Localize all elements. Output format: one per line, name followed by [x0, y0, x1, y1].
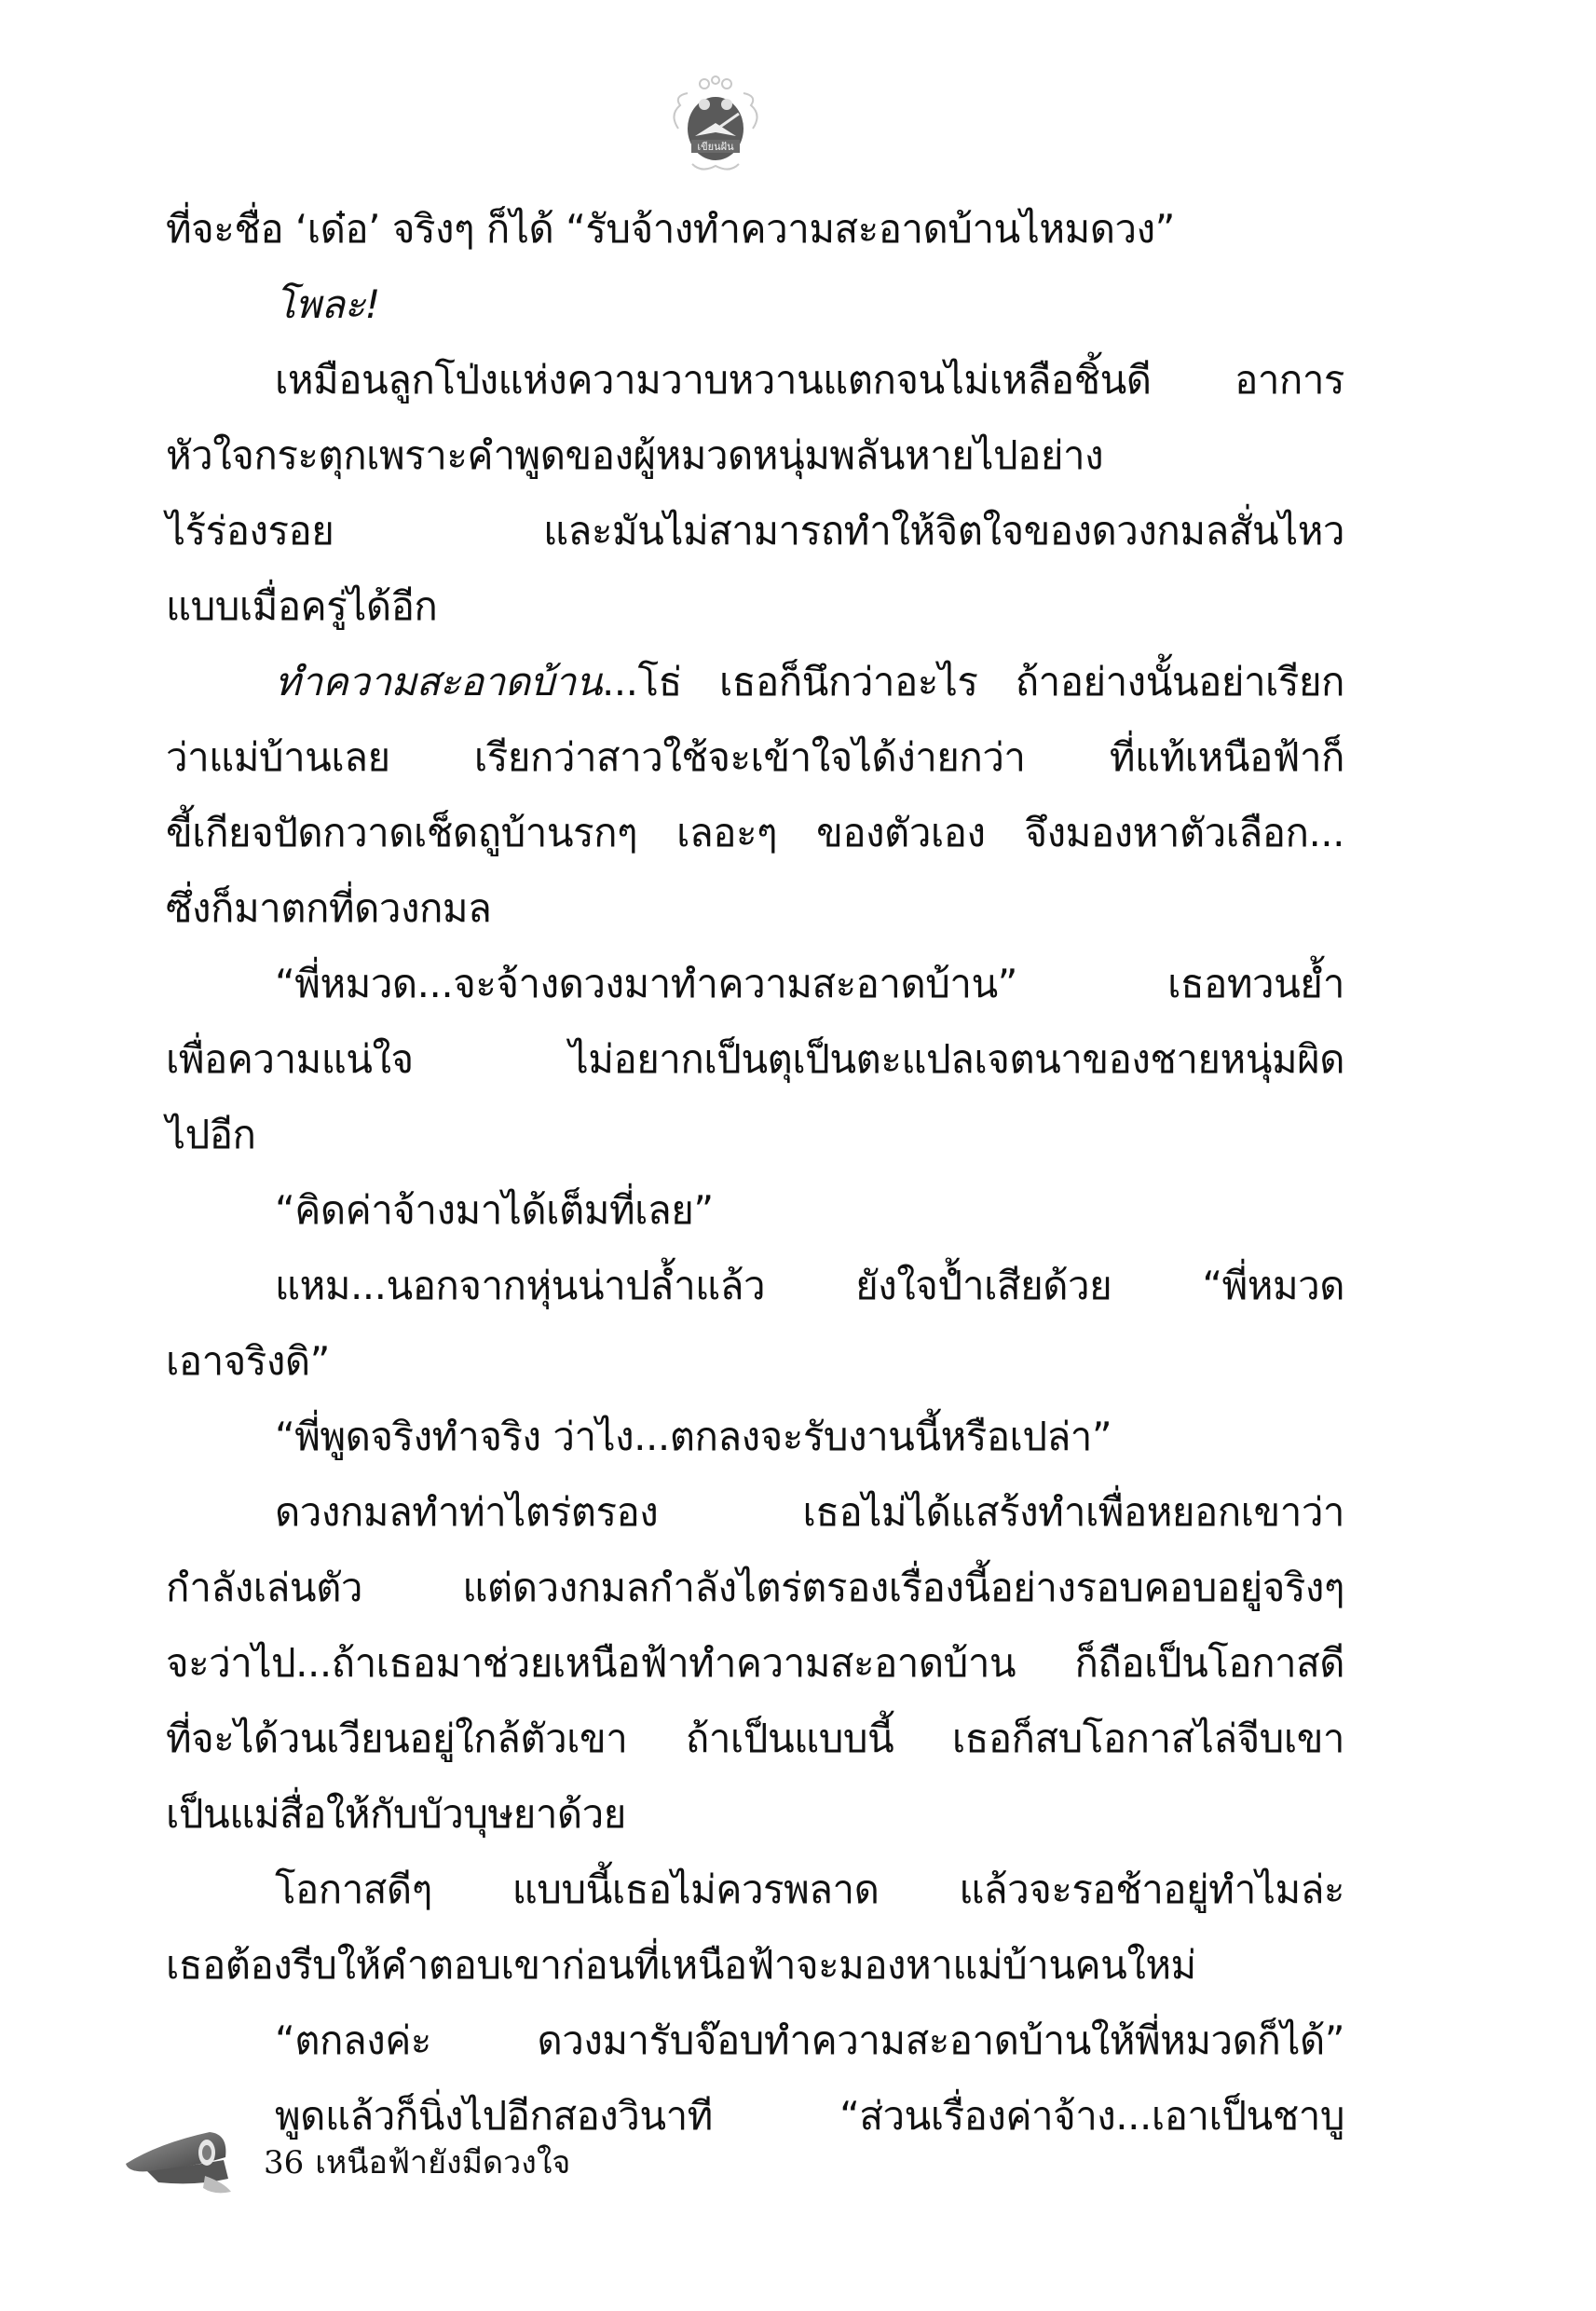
- text-line: หัวใจกระตุกเพราะคำพูดของผู้หมวดหนุ่มพลัน…: [166, 417, 1344, 493]
- text-line: “ตกลงค่ะ ดวงมารับจ๊อบทำความสะอาดบ้านให้พ…: [166, 2003, 1344, 2078]
- emphasized-phrase: ทำความสะอาดบ้าน: [275, 659, 602, 704]
- book-title: เหนือฟ้ายังมีดวงใจ: [315, 2144, 570, 2181]
- text-line: โอกาสดีๆ แบบนี้เธอไม่ควรพลาด แล้วจะรอช้า…: [166, 1852, 1344, 1927]
- text-line: “คิดค่าจ้างมาได้เต็มที่เลย”: [166, 1172, 1344, 1248]
- text-line: เธอต้องรีบให้คำตอบเขาก่อนที่เหนือฟ้าจะมอ…: [166, 1927, 1344, 2003]
- text-line: ว่าแม่บ้านเลย เรียกว่าสาวใช้จะเข้าใจได้ง…: [166, 719, 1344, 795]
- text-line: ไปอีก: [166, 1097, 1344, 1172]
- page-body-text: ที่จะชื่อ ‘เด๋อ’ จริงๆ ก็ได้ “รับจ้างทำค…: [166, 191, 1344, 2154]
- text-line: แบบเมื่อครู่ได้อีก: [166, 568, 1344, 644]
- text-line: โพละ!: [166, 267, 1344, 342]
- text-line: “พี่พูดจริงทำจริง ว่าไง...ตกลงจะรับงานนี…: [166, 1399, 1344, 1474]
- text-line: เพื่อความแน่ใจ ไม่อยากเป็นตุเป็นตะแปลเจต…: [166, 1021, 1344, 1097]
- footer-label: 36เหนือฟ้ายังมีดวงใจ: [264, 2137, 570, 2187]
- text-line: ที่จะได้วนเวียนอยู่ใกล้ตัวเขา ถ้าเป็นแบบ…: [166, 1701, 1344, 1776]
- ornamental-book-logo-icon: เขียนฝัน: [669, 73, 762, 175]
- text-line: กำลังเล่นตัว แต่ดวงกมลกำลังไตร่ตรองเรื่อ…: [166, 1550, 1344, 1625]
- text-line: ดวงกมลทำท่าไตร่ตรอง เธอไม่ได้แสร้งทำเพื่…: [166, 1474, 1344, 1550]
- text-line: แหม...นอกจากหุ่นน่าปล้ำแล้ว ยังใจป้ำเสีย…: [166, 1248, 1344, 1323]
- text-line: ทำความสะอาดบ้าน...โธ่ เธอก็นึกว่าอะไร ถ้…: [166, 644, 1344, 719]
- page-footer: 36เหนือฟ้ายังมีดวงใจ: [121, 2125, 570, 2199]
- text-line: “พี่หมวด...จะจ้างดวงมาทำความสะอาดบ้าน” เ…: [166, 946, 1344, 1021]
- text-line: ที่จะชื่อ ‘เด๋อ’ จริงๆ ก็ได้ “รับจ้างทำค…: [166, 191, 1344, 267]
- text-line: เอาจริงดิ”: [166, 1323, 1344, 1399]
- text-line: จะว่าไป...ถ้าเธอมาช่วยเหนือฟ้าทำความสะอา…: [166, 1625, 1344, 1701]
- text-line: ขี้เกียจปัดกวาดเช็ดถูบ้านรกๆ เลอะๆ ของตั…: [166, 795, 1344, 870]
- text-line: ไร้ร่องรอย และมันไม่สามารถทำให้จิตใจของด…: [166, 493, 1344, 568]
- police-officer-cap-icon: [121, 2125, 238, 2199]
- text-line: เหมือนลูกโป่งแห่งความวาบหวานแตกจนไม่เหลื…: [166, 342, 1344, 417]
- text-run: ...โธ่ เธอก็นึกว่าอะไร ถ้าอย่างนั้นอย่าเ…: [602, 659, 1344, 704]
- page-number: 36: [264, 2144, 304, 2181]
- text-line: ซึ่งก็มาตกที่ดวงกมล: [166, 870, 1344, 946]
- svg-text:เขียนฝัน: เขียนฝัน: [697, 141, 734, 153]
- text-line: เป็นแม่สื่อให้กับบัวบุษยาด้วย: [166, 1776, 1344, 1852]
